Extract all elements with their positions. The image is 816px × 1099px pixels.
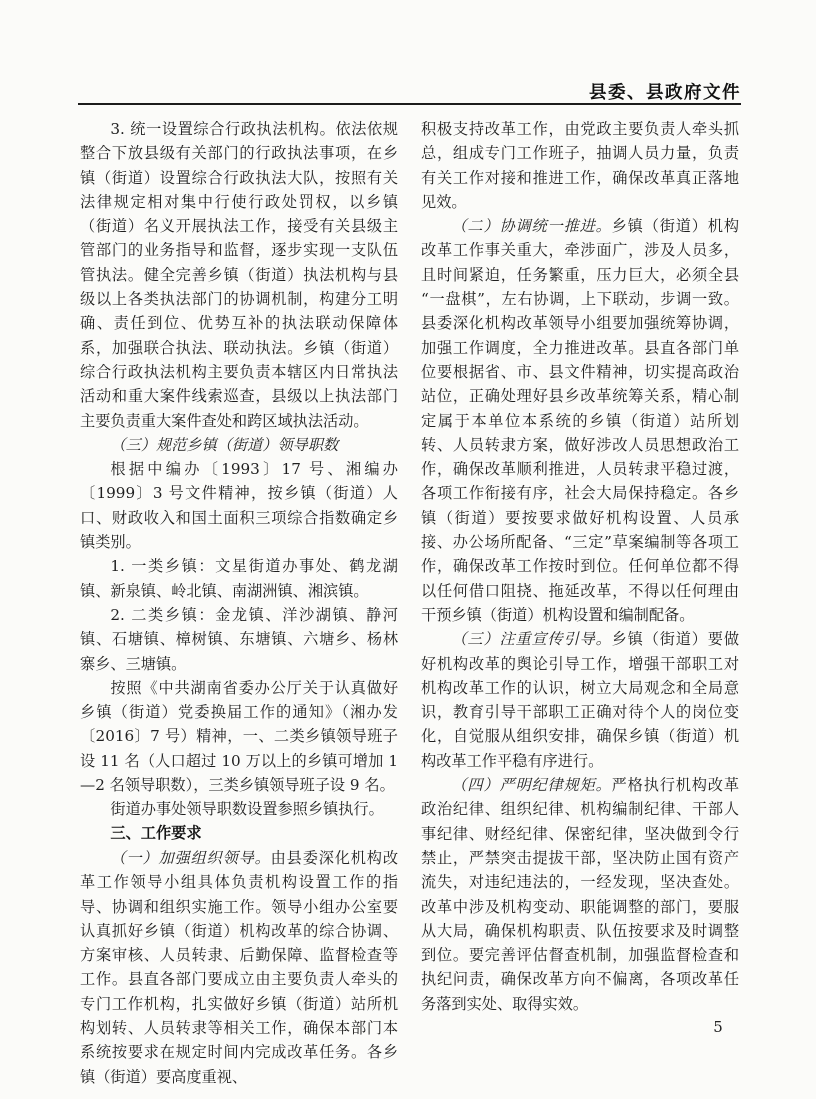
subsection-heading-leadership-posts: （三）规范乡镇（街道）领导职数 — [80, 433, 398, 457]
two-column-body: 3. 统一设置综合行政执法机构。依法依规整合下放县级有关部门的行政执法事项，在乡… — [80, 117, 740, 1089]
paragraph-lead-label: （二）协调统一推进。 — [451, 217, 611, 235]
section-heading-work-requirements: 三、工作要求 — [80, 822, 398, 846]
paragraph-continuation: 积极支持改革工作，由党政主要负责人牵头抓总，组成专门工作班子，抽调人员力量，负责… — [421, 117, 739, 214]
paragraph-body-text: 严格执行机构改革政治纪律、组织纪律、机构编制纪律、干部人事纪律、财经纪律、保密纪… — [421, 776, 739, 1013]
paragraph-publicity-guidance: （三）注重宣传引导。乡镇（街道）要做好机构改革的舆论引导工作，增强干部职工对机构… — [421, 627, 739, 773]
left-column: 3. 统一设置综合行政执法机构。依法依规整合下放县级有关部门的行政执法事项，在乡… — [80, 117, 398, 1089]
page-number: 5 — [703, 1018, 733, 1036]
paragraph-subdistrict-reference: 街道办事处领导职数设置参照乡镇执行。 — [80, 797, 398, 821]
paragraph-enforcement-agency: 3. 统一设置综合行政执法机构。依法依规整合下放县级有关部门的行政执法事项，在乡… — [80, 117, 398, 433]
paragraph-class-two-towns: 2. 二类乡镇：金龙镇、洋沙湖镇、静河镇、石塘镇、樟树镇、东塘镇、六塘乡、杨林寨… — [80, 603, 398, 676]
paragraph-body-text: 乡镇（街道）要做好机构改革的舆论引导工作，增强干部职工对机构改革工作的认识，树立… — [421, 630, 739, 769]
paragraph-lead-label: （三）注重宣传引导。 — [451, 630, 611, 648]
paragraph-discipline-rules: （四）严明纪律规矩。严格执行机构改革政治纪律、组织纪律、机构编制纪律、干部人事纪… — [421, 773, 739, 1016]
paragraph-class-one-towns: 1. 一类乡镇：文星街道办事处、鹤龙湖镇、新泉镇、岭北镇、南湖洲镇、湘滨镇。 — [80, 554, 398, 603]
paragraph-body-text: 由县委深化机构改革工作领导小组具体负责机构设置工作的指导、协调和组织实施工作。领… — [80, 849, 398, 1086]
document-header-title: 县委、县政府文件 — [78, 79, 741, 104]
paragraph-lead-label: （四）严明纪律规矩。 — [451, 776, 611, 794]
right-column: 积极支持改革工作，由党政主要负责人牵头抓总，组成专门工作班子，抽调人员力量，负责… — [421, 117, 739, 1089]
header-rule — [78, 103, 741, 105]
paragraph-leadership-quota: 按照《中共湖南省委办公厅关于认真做好乡镇（街道）党委换届工作的通知》（湘办发〔2… — [80, 676, 398, 797]
paragraph-coordinated-advance: （二）协调统一推进。乡镇（街道）机构改革工作事关重大，牵涉面广，涉及人员多，且时… — [421, 214, 739, 627]
paragraph-lead-label: （一）加强组织领导。 — [110, 849, 270, 867]
paragraph-strengthen-leadership: （一）加强组织领导。由县委深化机构改革工作领导小组具体负责机构设置工作的指导、协… — [80, 846, 398, 1089]
paragraph-classification-basis: 根据中编办〔1993〕17 号、湘编办〔1999〕3 号文件精神，按乡镇（街道）… — [80, 457, 398, 554]
paragraph-body-text: 乡镇（街道）机构改革工作事关重大，牵涉面广，涉及人员多，且时间紧迫，任务繁重，压… — [421, 217, 739, 624]
document-page: 县委、县政府文件 3. 统一设置综合行政执法机构。依法依规整合下放县级有关部门的… — [0, 0, 816, 1099]
